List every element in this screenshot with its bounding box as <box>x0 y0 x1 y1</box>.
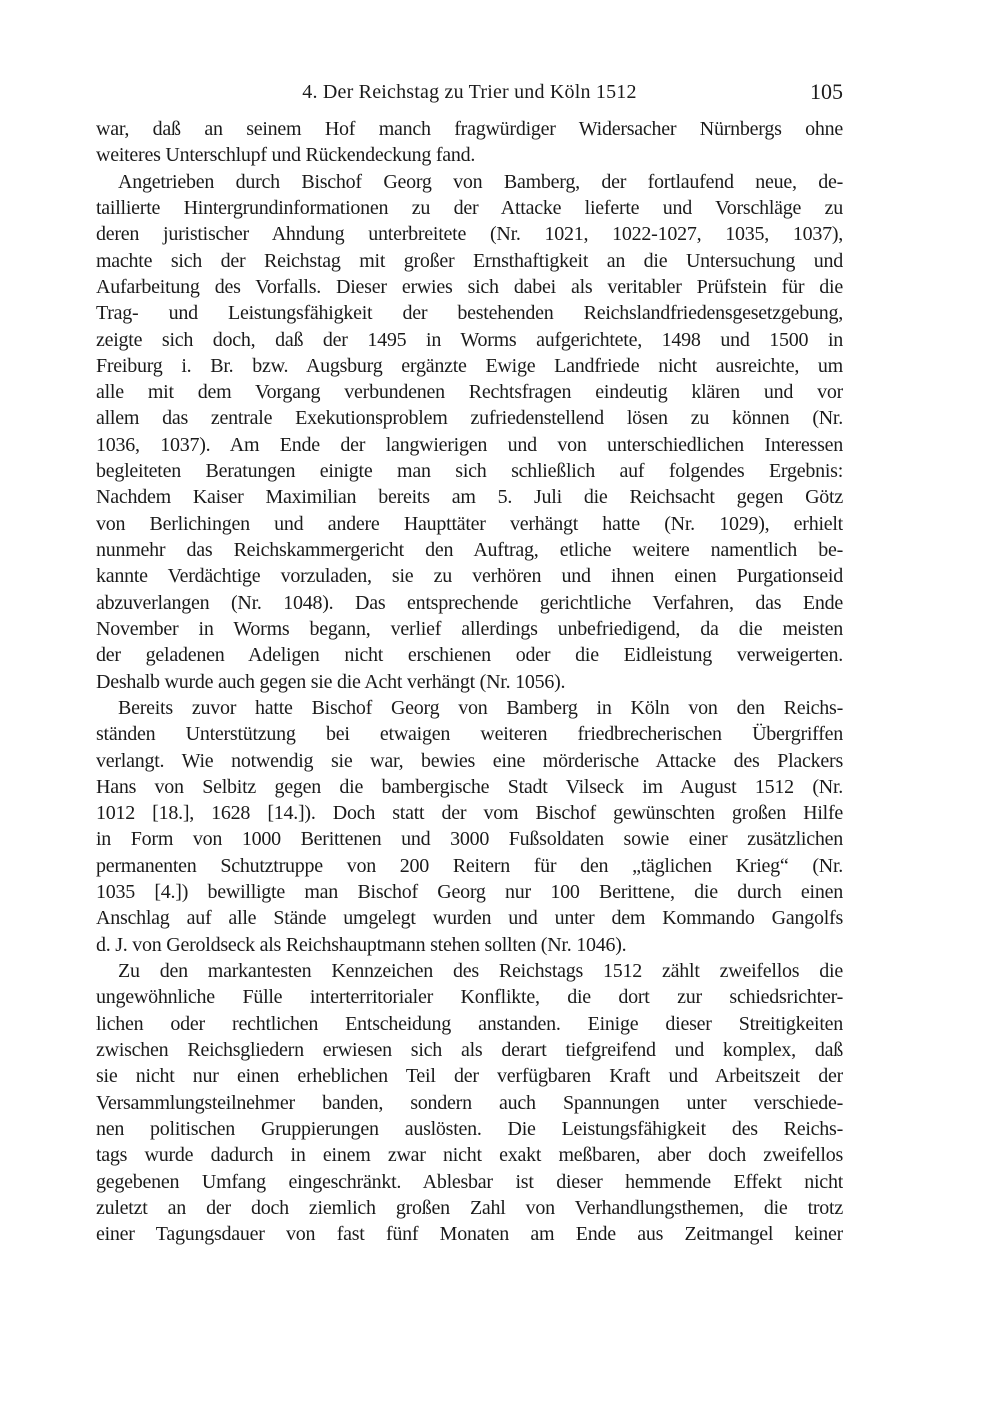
paragraph: war, daß an seinem Hof manch fragwürdige… <box>96 116 843 169</box>
text-line: Angetrieben durch Bischof Georg von Bamb… <box>96 169 843 195</box>
running-header: 4. Der Reichstag zu Trier und Köln 1512 … <box>96 79 843 105</box>
text-line: taillierte Hintergrundinformationen zu d… <box>96 195 843 221</box>
text-line: zuletzt an der doch ziemlich großen Zahl… <box>96 1195 843 1221</box>
text-line: zeigte sich doch, daß der 1495 in Worms … <box>96 327 843 353</box>
text-line: sie nicht nur einen erheblichen Teil der… <box>96 1063 843 1089</box>
text-line: permanenten Schutztruppe von 200 Reitern… <box>96 853 843 879</box>
text-line: deren juristischer Ahndung unterbreitete… <box>96 221 843 247</box>
text-line: abzuverlangen (Nr. 1048). Das entspreche… <box>96 590 843 616</box>
paragraph: Zu den markantesten Kennzeichen des Reic… <box>96 958 843 1247</box>
text-line: gegebenen Umfang eingeschränkt. Ablesbar… <box>96 1169 843 1195</box>
text-line: Anschlag auf alle Stände umgelegt wurden… <box>96 905 843 931</box>
text-line: in Form von 1000 Berittenen und 3000 Fuß… <box>96 826 843 852</box>
text-line: Hans von Selbitz gegen die bambergische … <box>96 774 843 800</box>
text-line: einer Tagungsdauer von fast fünf Monaten… <box>96 1221 843 1247</box>
paragraph: Angetrieben durch Bischof Georg von Bamb… <box>96 169 843 695</box>
book-page: 4. Der Reichstag zu Trier und Köln 1512 … <box>0 0 1004 1418</box>
page-number: 105 <box>810 79 843 105</box>
text-line: Nachdem Kaiser Maximilian bereits am 5. … <box>96 484 843 510</box>
chapter-title: 4. Der Reichstag zu Trier und Köln 1512 <box>96 81 843 104</box>
text-line: ständen Unterstützung bei etwaigen weite… <box>96 721 843 747</box>
text-line: nunmehr das Reichskammergericht den Auft… <box>96 537 843 563</box>
text-line: Freiburg i. Br. bzw. Augsburg ergänzte E… <box>96 353 843 379</box>
text-line: Versammlungsteilnehmer banden, sondern a… <box>96 1090 843 1116</box>
text-line: ungewöhnliche Fülle interterritorialer K… <box>96 984 843 1010</box>
text-line: machte sich der Reichstag mit großer Ern… <box>96 248 843 274</box>
text-line: weiteres Unterschlupf und Rückendeckung … <box>96 142 843 168</box>
text-line: tags wurde dadurch in einem zwar nicht e… <box>96 1142 843 1168</box>
text-line: 1012 [18.], 1628 [14.]). Doch statt der … <box>96 800 843 826</box>
text-line: allem das zentrale Exekutionsproblem zuf… <box>96 405 843 431</box>
text-line: war, daß an seinem Hof manch fragwürdige… <box>96 116 843 142</box>
paragraph: Bereits zuvor hatte Bischof Georg von Ba… <box>96 695 843 958</box>
text-line: Trag- und Leistungsfähigkeit der bestehe… <box>96 300 843 326</box>
text-line: d. J. von Geroldseck als Reichshauptmann… <box>96 932 843 958</box>
text-line: begleiteten Beratungen einigte man sich … <box>96 458 843 484</box>
text-line: 1035 [4.]) bewilligte man Bischof Georg … <box>96 879 843 905</box>
text-line: der geladenen Adeligen nicht erschienen … <box>96 642 843 668</box>
text-line: Bereits zuvor hatte Bischof Georg von Ba… <box>96 695 843 721</box>
text-line: von Berlichingen und andere Haupttäter v… <box>96 511 843 537</box>
text-line: zwischen Reichsgliedern erwiesen sich al… <box>96 1037 843 1063</box>
text-line: Zu den markantesten Kennzeichen des Reic… <box>96 958 843 984</box>
text-line: kannte Verdächtige vorzuladen, sie zu ve… <box>96 563 843 589</box>
text-line: 1036, 1037). Am Ende der langwierigen un… <box>96 432 843 458</box>
text-line: lichen oder rechtlichen Entscheidung ans… <box>96 1011 843 1037</box>
page-body: war, daß an seinem Hof manch fragwürdige… <box>96 116 843 1247</box>
text-line: alle mit dem Vorgang verbundenen Rechtsf… <box>96 379 843 405</box>
text-line: nen politischen Gruppierungen auslösten.… <box>96 1116 843 1142</box>
text-line: Deshalb wurde auch gegen sie die Acht ve… <box>96 669 843 695</box>
text-line: verlangt. Wie notwendig sie war, bewies … <box>96 748 843 774</box>
text-line: November in Worms begann, verlief allerd… <box>96 616 843 642</box>
text-line: Aufarbeitung des Vorfalls. Dieser erwies… <box>96 274 843 300</box>
